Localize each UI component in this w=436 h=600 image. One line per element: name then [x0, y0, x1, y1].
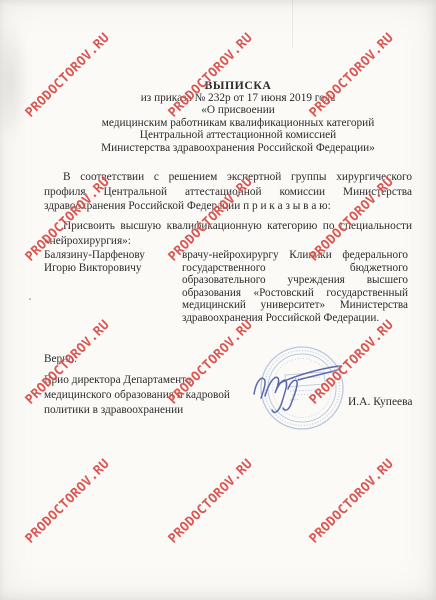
title-block: ВЫПИСКА из приказа № 232р от 17 июня 201…: [22, 79, 436, 154]
recipient-name-line: Игорю Викторовичу: [44, 262, 179, 275]
recipient-name-line: Балязину-Парфенову: [44, 249, 179, 262]
round-stamp-and-signature: [250, 342, 360, 434]
title-line: Центральной аттестационной комиссией: [22, 129, 436, 142]
stamp-svg: [250, 342, 360, 434]
recipient-name: Балязину-Парфенову Игорю Викторовичу: [44, 249, 179, 274]
signer-position: Врио директора Департамента медицинского…: [44, 373, 264, 418]
title-line: из приказа № 232р от 17 июня 2019 года: [22, 92, 436, 105]
document-heading: ВЫПИСКА: [22, 79, 436, 92]
signer-position-line: Врио директора Департамента: [44, 373, 264, 388]
title-line: «О присвоении: [22, 104, 436, 117]
title-line: Министерства здравоохранения Российской …: [22, 142, 436, 155]
signer-position-line: медицинского образования и кадровой: [44, 388, 264, 403]
title-line: медицинским работникам квалификационных …: [22, 117, 436, 130]
scanned-document-page: ВЫПИСКА из приказа № 232р от 17 июня 201…: [0, 0, 436, 600]
signer-position-line: политики в здравоохранении: [44, 403, 264, 418]
recipient-details: врачу-нейрохирургу Клиники федерального …: [182, 249, 408, 325]
